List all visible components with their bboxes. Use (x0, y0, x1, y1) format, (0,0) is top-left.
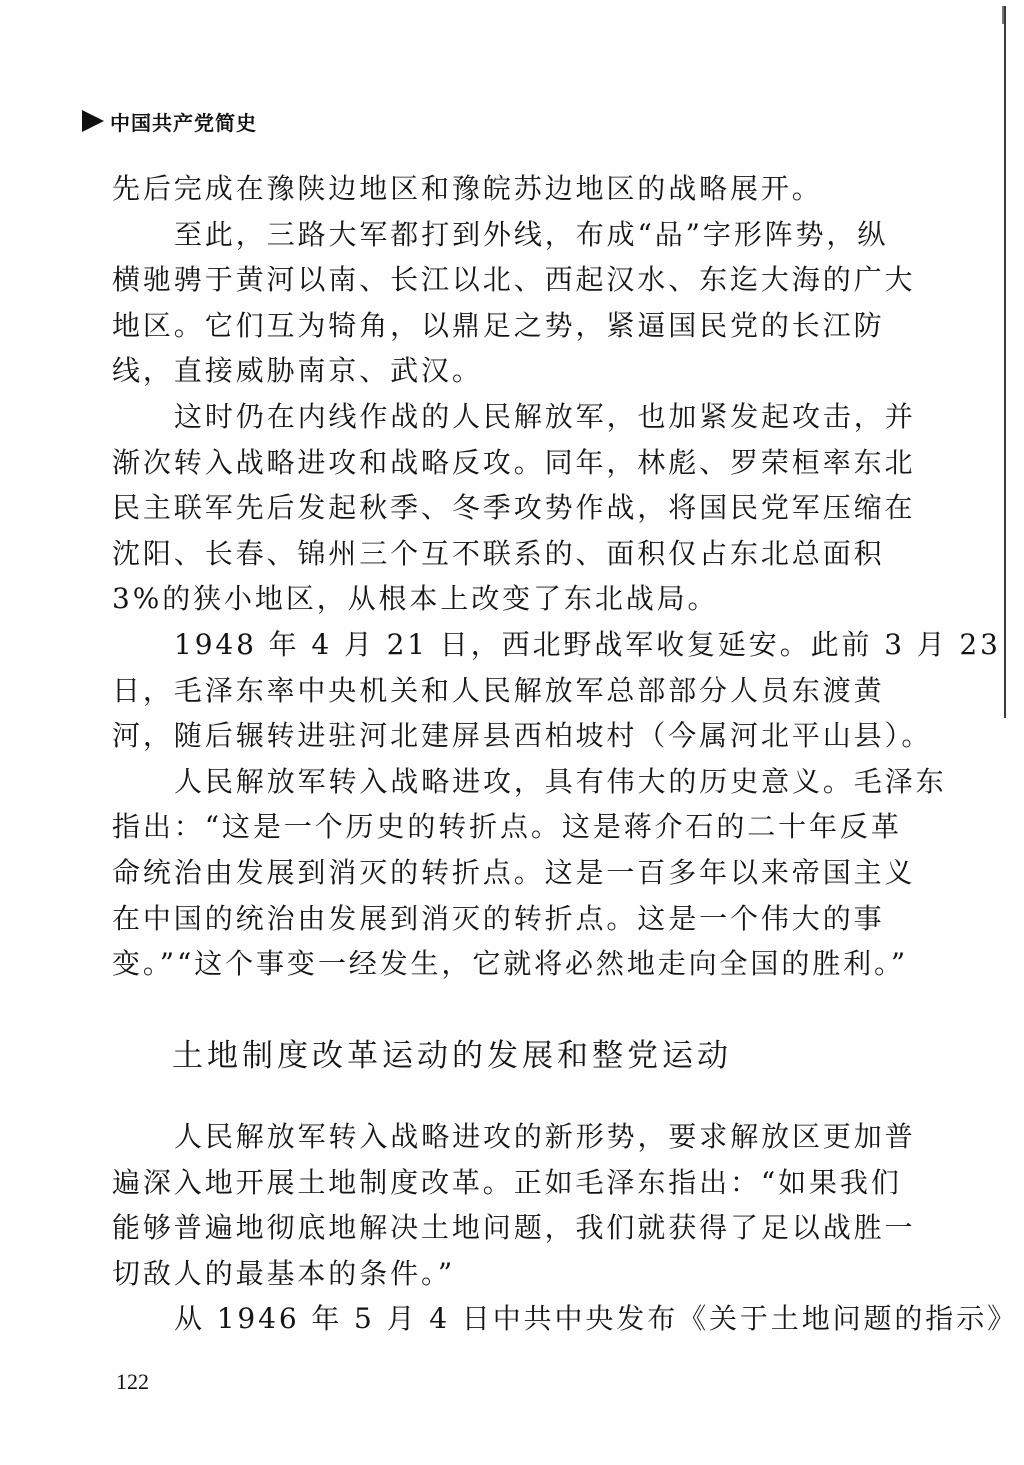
text-line: 在中国的统治由发展到消灭的转折点。这是一个伟大的事 (112, 896, 858, 942)
text-line: 3%的狭小地区，从根本上改变了东北战局。 (112, 576, 858, 622)
page-edge-line (1004, 6, 1006, 718)
running-head: 中国共产党简史 (82, 106, 257, 136)
section-heading: 土地制度改革运动的发展和整党运动 (172, 1030, 732, 1075)
text-line: 这时仍在内线作战的人民解放军，也加紧发起攻击，并 (112, 394, 858, 440)
text-line: 先后完成在豫陕边地区和豫皖苏边地区的战略展开。 (112, 166, 858, 212)
text-line: 至此，三路大军都打到外线，布成“品”字形阵势，纵 (112, 212, 858, 258)
right-triangle-icon (82, 110, 104, 132)
text-line: 横驰骋于黄河以南、长江以北、西起汉水、东迄大海的广大 (112, 257, 858, 303)
text-line: 指出：“这是一个历史的转折点。这是蒋介石的二十年反革 (112, 804, 858, 850)
text-line: 遍深入地开展土地制度改革。正如毛泽东指出：“如果我们 (112, 1160, 858, 1206)
text-line: 河，随后辗转进驻河北建屏县西柏坡村（今属河北平山县）。 (112, 713, 858, 759)
text-line: 日，毛泽东率中央机关和人民解放军总部部分人员东渡黄 (112, 668, 858, 714)
text-line: 渐次转入战略进攻和战略反攻。同年，林彪、罗荣桓率东北 (112, 440, 858, 486)
text-line: 人民解放军转入战略进攻的新形势，要求解放区更加普 (112, 1114, 858, 1160)
body-text-bottom: 人民解放军转入战略进攻的新形势，要求解放区更加普 遍深入地开展土地制度改革。正如… (112, 1114, 858, 1342)
text-line: 沈阳、长春、锦州三个互不联系的、面积仅占东北总面积 (112, 531, 858, 577)
text-line: 线，直接威胁南京、武汉。 (112, 348, 858, 394)
text-line: 地区。它们互为犄角，以鼎足之势，紧逼国民党的长江防 (112, 303, 858, 349)
text-line: 能够普遍地彻底地解决土地问题，我们就获得了足以战胜一 (112, 1205, 858, 1251)
text-line: 变。”“这个事变一经发生，它就将必然地走向全国的胜利。” (112, 941, 858, 987)
body-text-top: 先后完成在豫陕边地区和豫皖苏边地区的战略展开。 至此，三路大军都打到外线，布成“… (112, 166, 858, 987)
page-number: 122 (116, 1369, 149, 1395)
book-title: 中国共产党简史 (110, 107, 257, 136)
text-line: 从 1946 年 5 月 4 日中共中央发布《关于土地问题的指示》 (112, 1296, 858, 1342)
text-line: 人民解放军转入战略进攻，具有伟大的历史意义。毛泽东 (112, 759, 858, 805)
text-line: 1948 年 4 月 21 日，西北野战军收复延安。此前 3 月 23 (112, 622, 858, 668)
text-line: 民主联军先后发起秋季、冬季攻势作战，将国民党军压缩在 (112, 485, 858, 531)
text-line: 切敌人的最基本的条件。” (112, 1251, 858, 1297)
text-line: 命统治由发展到消灭的转折点。这是一百多年以来帝国主义 (112, 850, 858, 896)
book-page: 中国共产党简史 先后完成在豫陕边地区和豫皖苏边地区的战略展开。 至此，三路大军都… (0, 0, 1024, 1465)
